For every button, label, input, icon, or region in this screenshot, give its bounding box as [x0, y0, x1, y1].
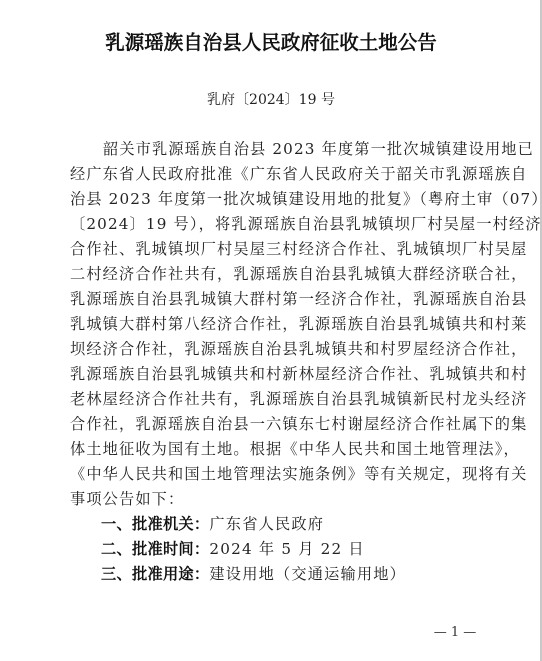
body-line: 坝经济合作社，乳源瑶族自治县乳城镇共和村罗屋经济合作社，: [70, 337, 474, 362]
item-approval-authority: 一、批准机关：广东省人民政府: [101, 512, 501, 537]
body-line: 治县 2023 年度第一批次城镇建设用地的批复》（粤府土审（07）: [70, 187, 474, 212]
body-line: 《中华人民共和国土地管理法实施条例》等有关规定，现将有关: [70, 462, 474, 487]
body-line: 体土地征收为国有土地。根据《中华人民共和国土地管理法》，: [70, 437, 474, 462]
body-line: 合作社、乳城镇坝厂村吴屋三村经济合作社、乳城镇坝厂村吴屋: [70, 237, 474, 262]
body-line: 〔2024〕19 号），将乳源瑶族自治县乳城镇坝厂村吴屋一村经济: [70, 212, 474, 237]
item-value: 2024 年 5 月 22 日: [209, 540, 364, 558]
document-body: 韶关市乳源瑶族自治县 2023 年度第一批次城镇建设用地已 经广东省人民政府批准…: [70, 137, 474, 512]
item-approval-purpose: 三、批准用途：建设用地（交通运输用地）: [101, 562, 501, 587]
body-line: 经广东省人民政府批准《广东省人民政府关于韶关市乳源瑶族自: [70, 162, 474, 187]
body-line: 老林屋经济合作社共有，乳源瑶族自治县乳城镇新民村龙头经济: [70, 387, 474, 412]
body-line: 事项公告如下：: [70, 487, 474, 512]
body-line: 合作社，乳源瑶族自治县一六镇东七村谢屋经济合作社属下的集: [70, 412, 474, 437]
item-label: 二、批准时间：: [101, 540, 209, 558]
document-title: 乳源瑶族自治县人民政府征收土地公告: [0, 31, 542, 55]
body-line: 二村经济合作社共有，乳源瑶族自治县乳城镇大群经济联合社，: [70, 262, 474, 287]
item-value: 广东省人民政府: [209, 515, 324, 533]
item-approval-date: 二、批准时间：2024 年 5 月 22 日: [101, 537, 501, 562]
body-line: 乳源瑶族自治县乳城镇大群村第一经济合作社，乳源瑶族自治县: [70, 287, 474, 312]
document-number: 乳府〔2024〕19 号: [0, 91, 542, 109]
item-value: 建设用地（交通运输用地）: [209, 565, 406, 583]
item-label: 三、批准用途：: [101, 565, 209, 583]
body-line: 韶关市乳源瑶族自治县 2023 年度第一批次城镇建设用地已: [70, 137, 474, 162]
page-number: — 1 —: [425, 624, 485, 642]
item-label: 一、批准机关：: [101, 515, 209, 533]
body-line: 乳源瑶族自治县乳城镇共和村新林屋经济合作社、乳城镇共和村: [70, 362, 474, 387]
body-line: 乳城镇大群村第八经济合作社，乳源瑶族自治县乳城镇共和村莱: [70, 312, 474, 337]
announcement-items: 一、批准机关：广东省人民政府 二、批准时间：2024 年 5 月 22 日 三、…: [101, 512, 501, 587]
